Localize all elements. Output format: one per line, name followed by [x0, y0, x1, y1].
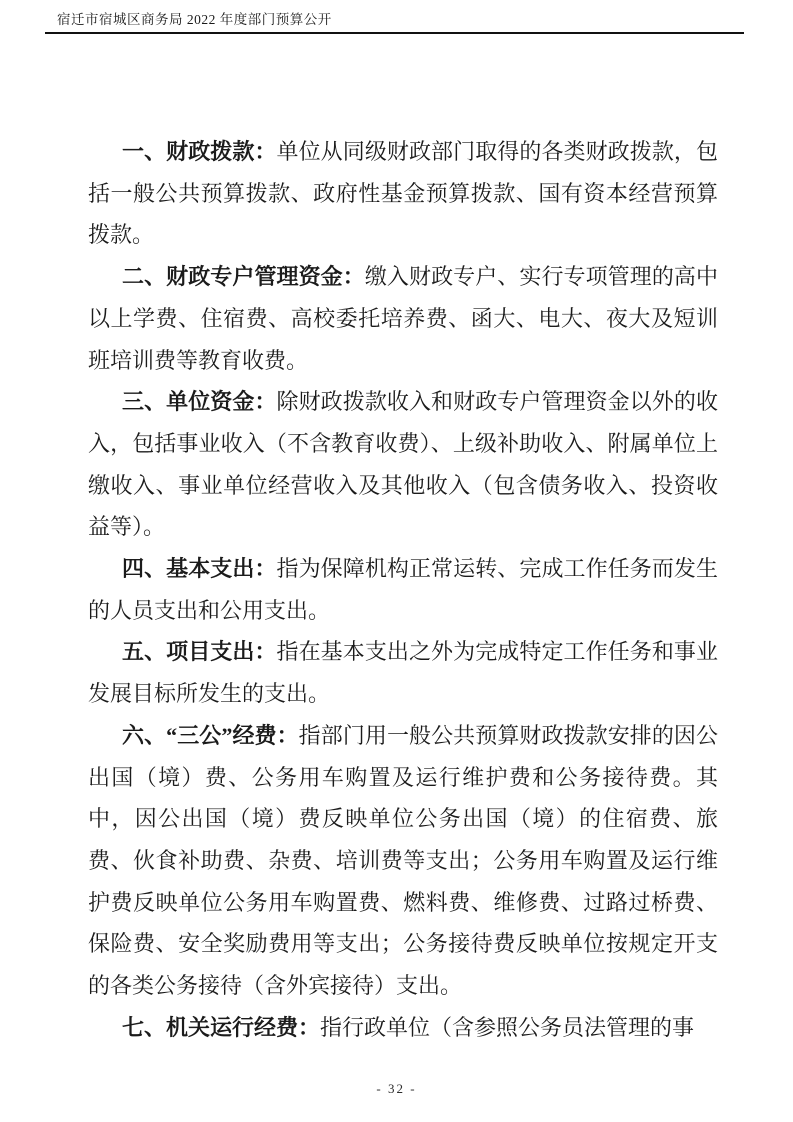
document-body: 一、财政拨款：单位从同级财政部门取得的各类财政拨款，包括一般公共预算拨款、政府性…: [88, 131, 718, 1048]
paragraph-lead: 三、单位资金：: [122, 389, 277, 414]
definition-paragraph-unit-funds: 三、单位资金：除财政拨款收入和财政专户管理资金以外的收入，包括事业收入（不含教育…: [88, 381, 718, 548]
definition-paragraph-three-public-expenses: 六、“三公”经费：指部门用一般公共预算财政拨款安排的因公出国（境）费、公务用车购…: [88, 715, 718, 1007]
document-page: 宿迁市宿城区商务局 2022 年度部门预算公开 一、财政拨款：单位从同级财政部门…: [0, 0, 793, 1122]
paragraph-lead: 二、财政专户管理资金：: [122, 264, 365, 289]
header-divider-rule: [45, 32, 744, 34]
page-number: - 32 -: [0, 1081, 793, 1097]
paragraph-text: 指部门用一般公共预算财政拨款安排的因公出国（境）费、公务用车购置及运行维护费和公…: [88, 723, 718, 998]
paragraph-lead: 六、“三公”经费：: [122, 723, 299, 748]
definition-paragraph-special-account-funds: 二、财政专户管理资金：缴入财政专户、实行专项管理的高中以上学费、住宿费、高校委托…: [88, 256, 718, 381]
paragraph-lead: 五、项目支出：: [122, 639, 277, 664]
definition-paragraph-project-expenditure: 五、项目支出：指在基本支出之外为完成特定工作任务和事业发展目标所发生的支出。: [88, 631, 718, 714]
paragraph-lead: 七、机关运行经费：: [122, 1015, 320, 1040]
document-header-title: 宿迁市宿城区商务局 2022 年度部门预算公开: [57, 11, 332, 29]
definition-paragraph-agency-operating-funds: 七、机关运行经费：指行政单位（含参照公务员法管理的事: [88, 1007, 718, 1049]
definition-paragraph-fiscal-appropriation: 一、财政拨款：单位从同级财政部门取得的各类财政拨款，包括一般公共预算拨款、政府性…: [88, 131, 718, 256]
definition-paragraph-basic-expenditure: 四、基本支出：指为保障机构正常运转、完成工作任务而发生的人员支出和公用支出。: [88, 548, 718, 631]
paragraph-lead: 一、财政拨款：: [122, 139, 277, 164]
paragraph-text: 指行政单位（含参照公务员法管理的事: [320, 1015, 694, 1040]
paragraph-lead: 四、基本支出：: [122, 556, 277, 581]
